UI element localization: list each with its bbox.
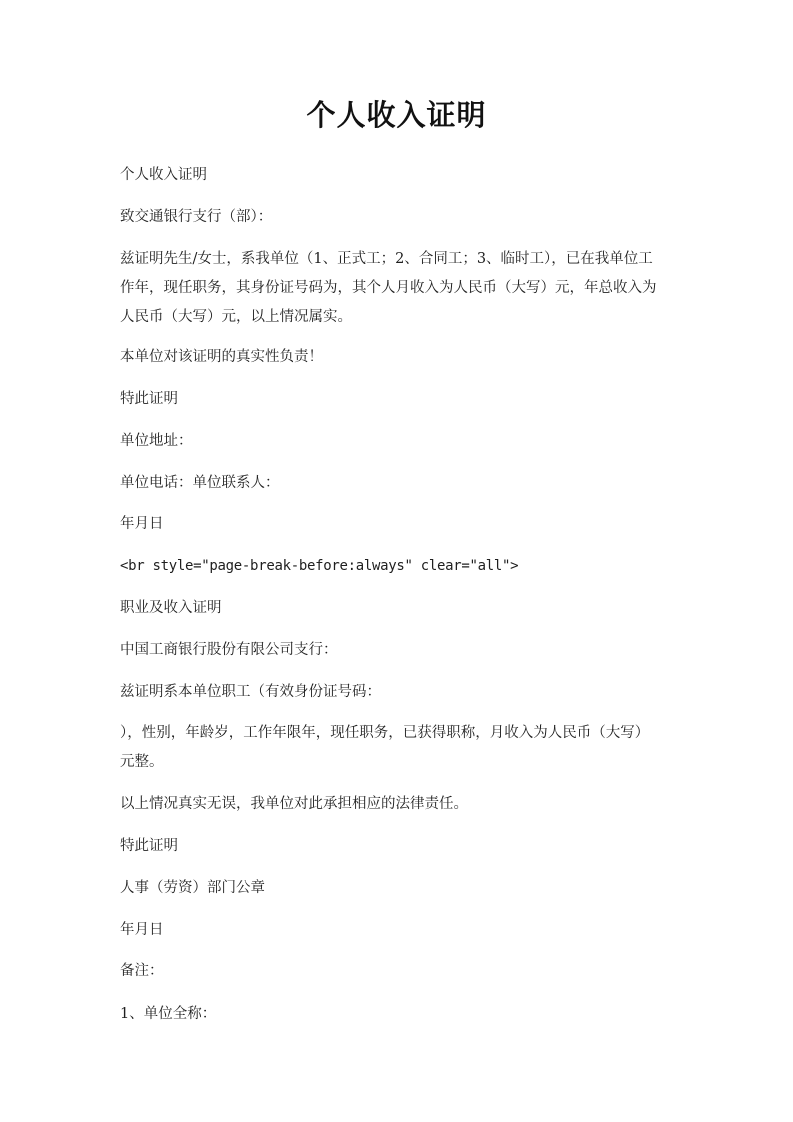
text-line: 特此证明	[120, 385, 680, 414]
paragraph-hr-seal: 人事（劳资）部门公章	[120, 874, 680, 903]
paragraph-addressee-icbc: 中国工商银行股份有限公司支行：	[120, 636, 680, 665]
text-line: 兹证明先生/女士，系我单位（1、正式工；2、合同工；3、临时工），已在我单位工	[120, 245, 680, 274]
paragraph-date-2: 年月日	[120, 916, 680, 945]
paragraph-employee-id: 兹证明系本单位职工（有效身份证号码：	[120, 678, 680, 707]
text-line: 作年，现任职务，其身份证号码为，其个人月收入为人民币（大写）元，年总收入为	[120, 274, 680, 303]
text-line: 人事（劳资）部门公章	[120, 874, 680, 903]
text-line: <br style="page-break-before:always" cle…	[120, 552, 680, 581]
document-page: 个人收入证明 个人收入证明 致交通银行支行（部）： 兹证明先生/女士，系我单位（…	[0, 0, 793, 1122]
paragraph-remarks: 备注：	[120, 957, 680, 986]
paragraph-hereby-certify: 特此证明	[120, 385, 680, 414]
paragraph-addressee-bank: 致交通银行支行（部）：	[120, 203, 680, 232]
text-line: 本单位对该证明的真实性负责！	[120, 343, 680, 372]
text-line: 人民币（大写）元，以上情况属实。	[120, 303, 680, 332]
document-title: 个人收入证明	[0, 96, 793, 134]
text-line: 以上情况真实无误，我单位对此承担相应的法律责任。	[120, 790, 680, 819]
text-line: 致交通银行支行（部）：	[120, 203, 680, 232]
paragraph-certification-body: 兹证明先生/女士，系我单位（1、正式工；2、合同工；3、临时工），已在我单位工 …	[120, 245, 680, 332]
paragraph-date: 年月日	[120, 510, 680, 539]
paragraph-heading-income: 个人收入证明	[120, 161, 680, 190]
text-line: 个人收入证明	[120, 161, 680, 190]
text-line: 单位地址：	[120, 427, 680, 456]
text-line: 单位电话：单位联系人：	[120, 469, 680, 498]
text-line: 年月日	[120, 510, 680, 539]
paragraph-unit-phone-contact: 单位电话：单位联系人：	[120, 469, 680, 498]
paragraph-legal-responsibility: 以上情况真实无误，我单位对此承担相应的法律责任。	[120, 790, 680, 819]
text-line: 1、单位全称：	[120, 1000, 680, 1029]
text-line: 职业及收入证明	[120, 594, 680, 623]
paragraph-employee-details: ），性别，年龄岁，工作年限年，现任职务，已获得职称，月收入为人民币（大写） 元整…	[120, 719, 680, 777]
text-line: 特此证明	[120, 832, 680, 861]
text-line: 中国工商银行股份有限公司支行：	[120, 636, 680, 665]
paragraph-responsibility: 本单位对该证明的真实性负责！	[120, 343, 680, 372]
paragraph-hereby-certify-2: 特此证明	[120, 832, 680, 861]
text-line: 元整。	[120, 748, 680, 777]
paragraph-unit-full-name: 1、单位全称：	[120, 1000, 680, 1029]
text-line: 备注：	[120, 957, 680, 986]
text-line: ），性别，年龄岁，工作年限年，现任职务，已获得职称，月收入为人民币（大写）	[120, 719, 680, 748]
text-line: 兹证明系本单位职工（有效身份证号码：	[120, 678, 680, 707]
text-line: 年月日	[120, 916, 680, 945]
paragraph-html-br-artifact: <br style="page-break-before:always" cle…	[120, 552, 680, 581]
paragraph-heading-occupation: 职业及收入证明	[120, 594, 680, 623]
paragraph-unit-address: 单位地址：	[120, 427, 680, 456]
